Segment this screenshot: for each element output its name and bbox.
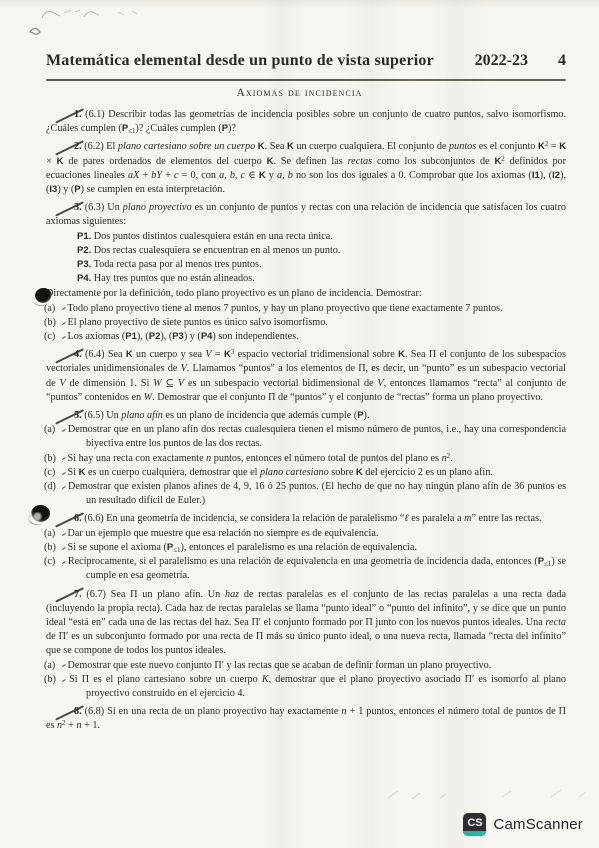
- camscanner-watermark: CS CamScanner: [463, 813, 583, 836]
- page-title: Matemática elemental desde un punto de v…: [46, 52, 475, 70]
- exercise-number: 2.: [60, 140, 82, 154]
- section-title: Axiomas de incidencia: [0, 87, 599, 99]
- header: Matemática elemental desde un punto de v…: [46, 52, 566, 70]
- exercise: 8. (6.8) Si en una recta de un plano pro…: [46, 705, 566, 733]
- camscanner-logo-text: CS: [467, 818, 482, 829]
- axiom-label: P4.: [77, 273, 91, 284]
- exercise-subitem: (a) Demostrar que este nuevo conjunto Π′…: [46, 659, 566, 673]
- axiom-item: P2. Dos rectas cualesquiera se encuentra…: [77, 244, 566, 258]
- exercise: 1. (6.1) Describir todas las geometrías …: [46, 108, 566, 136]
- exercise-subitem: (a) Dar un ejemplo que muestre que esa r…: [46, 527, 566, 541]
- ink-blot: [35, 288, 52, 303]
- exercise-number: 8.: [60, 705, 82, 719]
- ink-blot: [31, 505, 50, 522]
- exercise-intro: 7. (6.7) Sea Π un plano afín. Un haz de …: [46, 588, 566, 659]
- exercise-intro: 1. (6.1) Describir todas las geometrías …: [46, 108, 566, 136]
- axiom-item: P3. Toda recta pasa por al menos tres pu…: [77, 258, 566, 272]
- exercise-intro: 6. (6.6) En una geometría de incidencia,…: [46, 512, 566, 526]
- exercise: 2. (6.2) El plano cartesiano sobre un cu…: [46, 140, 566, 197]
- scanned-document-page: Matemática elemental desde un punto de v…: [0, 0, 599, 848]
- camscanner-logo-accent: [463, 831, 486, 836]
- exercise-intro: 3. (6.3) Un plano proyectivo es un conju…: [46, 201, 566, 229]
- axiom-item: P4. Hay tres puntos que no están alinead…: [77, 272, 566, 286]
- axiom-label: P2.: [77, 245, 91, 256]
- exercise-subitem: (b) El plano proyectivo de siete puntos …: [46, 316, 566, 330]
- exercise-intro: 5. (6.5) Un plano afín es un plano de in…: [46, 409, 566, 423]
- exercise-subitem: (b) Si hay una recta con exactamente n p…: [46, 452, 566, 466]
- axiom-label: P1.: [77, 231, 91, 242]
- exercise: 6. (6.6) En una geometría de incidencia,…: [46, 512, 566, 583]
- camscanner-logo-icon: CS: [463, 813, 486, 836]
- exercise: 3. (6.3) Un plano proyectivo es un conju…: [46, 201, 566, 344]
- exercise-number: 1.: [60, 108, 82, 122]
- exercise-number: 5.: [60, 409, 82, 423]
- axiom-label: P3.: [77, 259, 91, 270]
- header-page-number: 4: [558, 52, 566, 70]
- exercise-intro: 8. (6.8) Si en una recta de un plano pro…: [46, 705, 566, 733]
- exercise: 5. (6.5) Un plano afín es un plano de in…: [46, 409, 566, 508]
- exercise-subitem: (c) Si K es un cuerpo cualquiera, demost…: [46, 466, 566, 480]
- header-divider: [46, 79, 566, 81]
- exercise-subitem: (a) Todo plano proyectivo tiene al menos…: [46, 302, 566, 316]
- exercise-subitem: (c) Los axiomas (P1), (P2), (P3) y (P4) …: [46, 330, 566, 344]
- exercise-post: Directamente por la definición, todo pla…: [46, 287, 566, 301]
- exercise-number: 3.: [60, 201, 82, 215]
- exercise-intro: 2. (6.2) El plano cartesiano sobre un cu…: [46, 140, 566, 197]
- exercise-subitem: (c) Recíprocamente, si el paralelismo es…: [46, 555, 566, 583]
- header-right: 2022-23 4: [475, 52, 566, 70]
- exercise: 7. (6.7) Sea Π un plano afín. Un haz de …: [46, 588, 566, 702]
- exercise-subitem: (d) Demostrar que existen planos afines …: [46, 480, 566, 508]
- axiom-item: P1. Dos puntos distintos cualesquiera es…: [77, 230, 566, 244]
- exercise: 4. (6.4) Sea K un cuerpo y sea V = K3 es…: [46, 348, 566, 405]
- pencil-scribble-icon: [382, 786, 592, 804]
- exercise-number: 7.: [60, 588, 82, 602]
- pencil-scribble-icon: [26, 2, 206, 42]
- exercise-subitem: (b) Si Π es el plano cartesiano sobre un…: [46, 673, 566, 701]
- exercise-subitem: (b) Si se supone el axioma (P≤1), entonc…: [46, 541, 566, 555]
- exercise-subitem: (a) Demostrar que en un plano afín dos r…: [46, 423, 566, 451]
- exercise-intro: 4. (6.4) Sea K un cuerpo y sea V = K3 es…: [46, 348, 566, 405]
- header-term: 2022-23: [475, 52, 528, 70]
- camscanner-brand: CamScanner: [493, 816, 583, 833]
- exercise-list: 1. (6.1) Describir todas las geometrías …: [46, 108, 566, 738]
- exercise-number: 6.: [60, 512, 82, 526]
- exercise-number: 4.: [60, 348, 82, 362]
